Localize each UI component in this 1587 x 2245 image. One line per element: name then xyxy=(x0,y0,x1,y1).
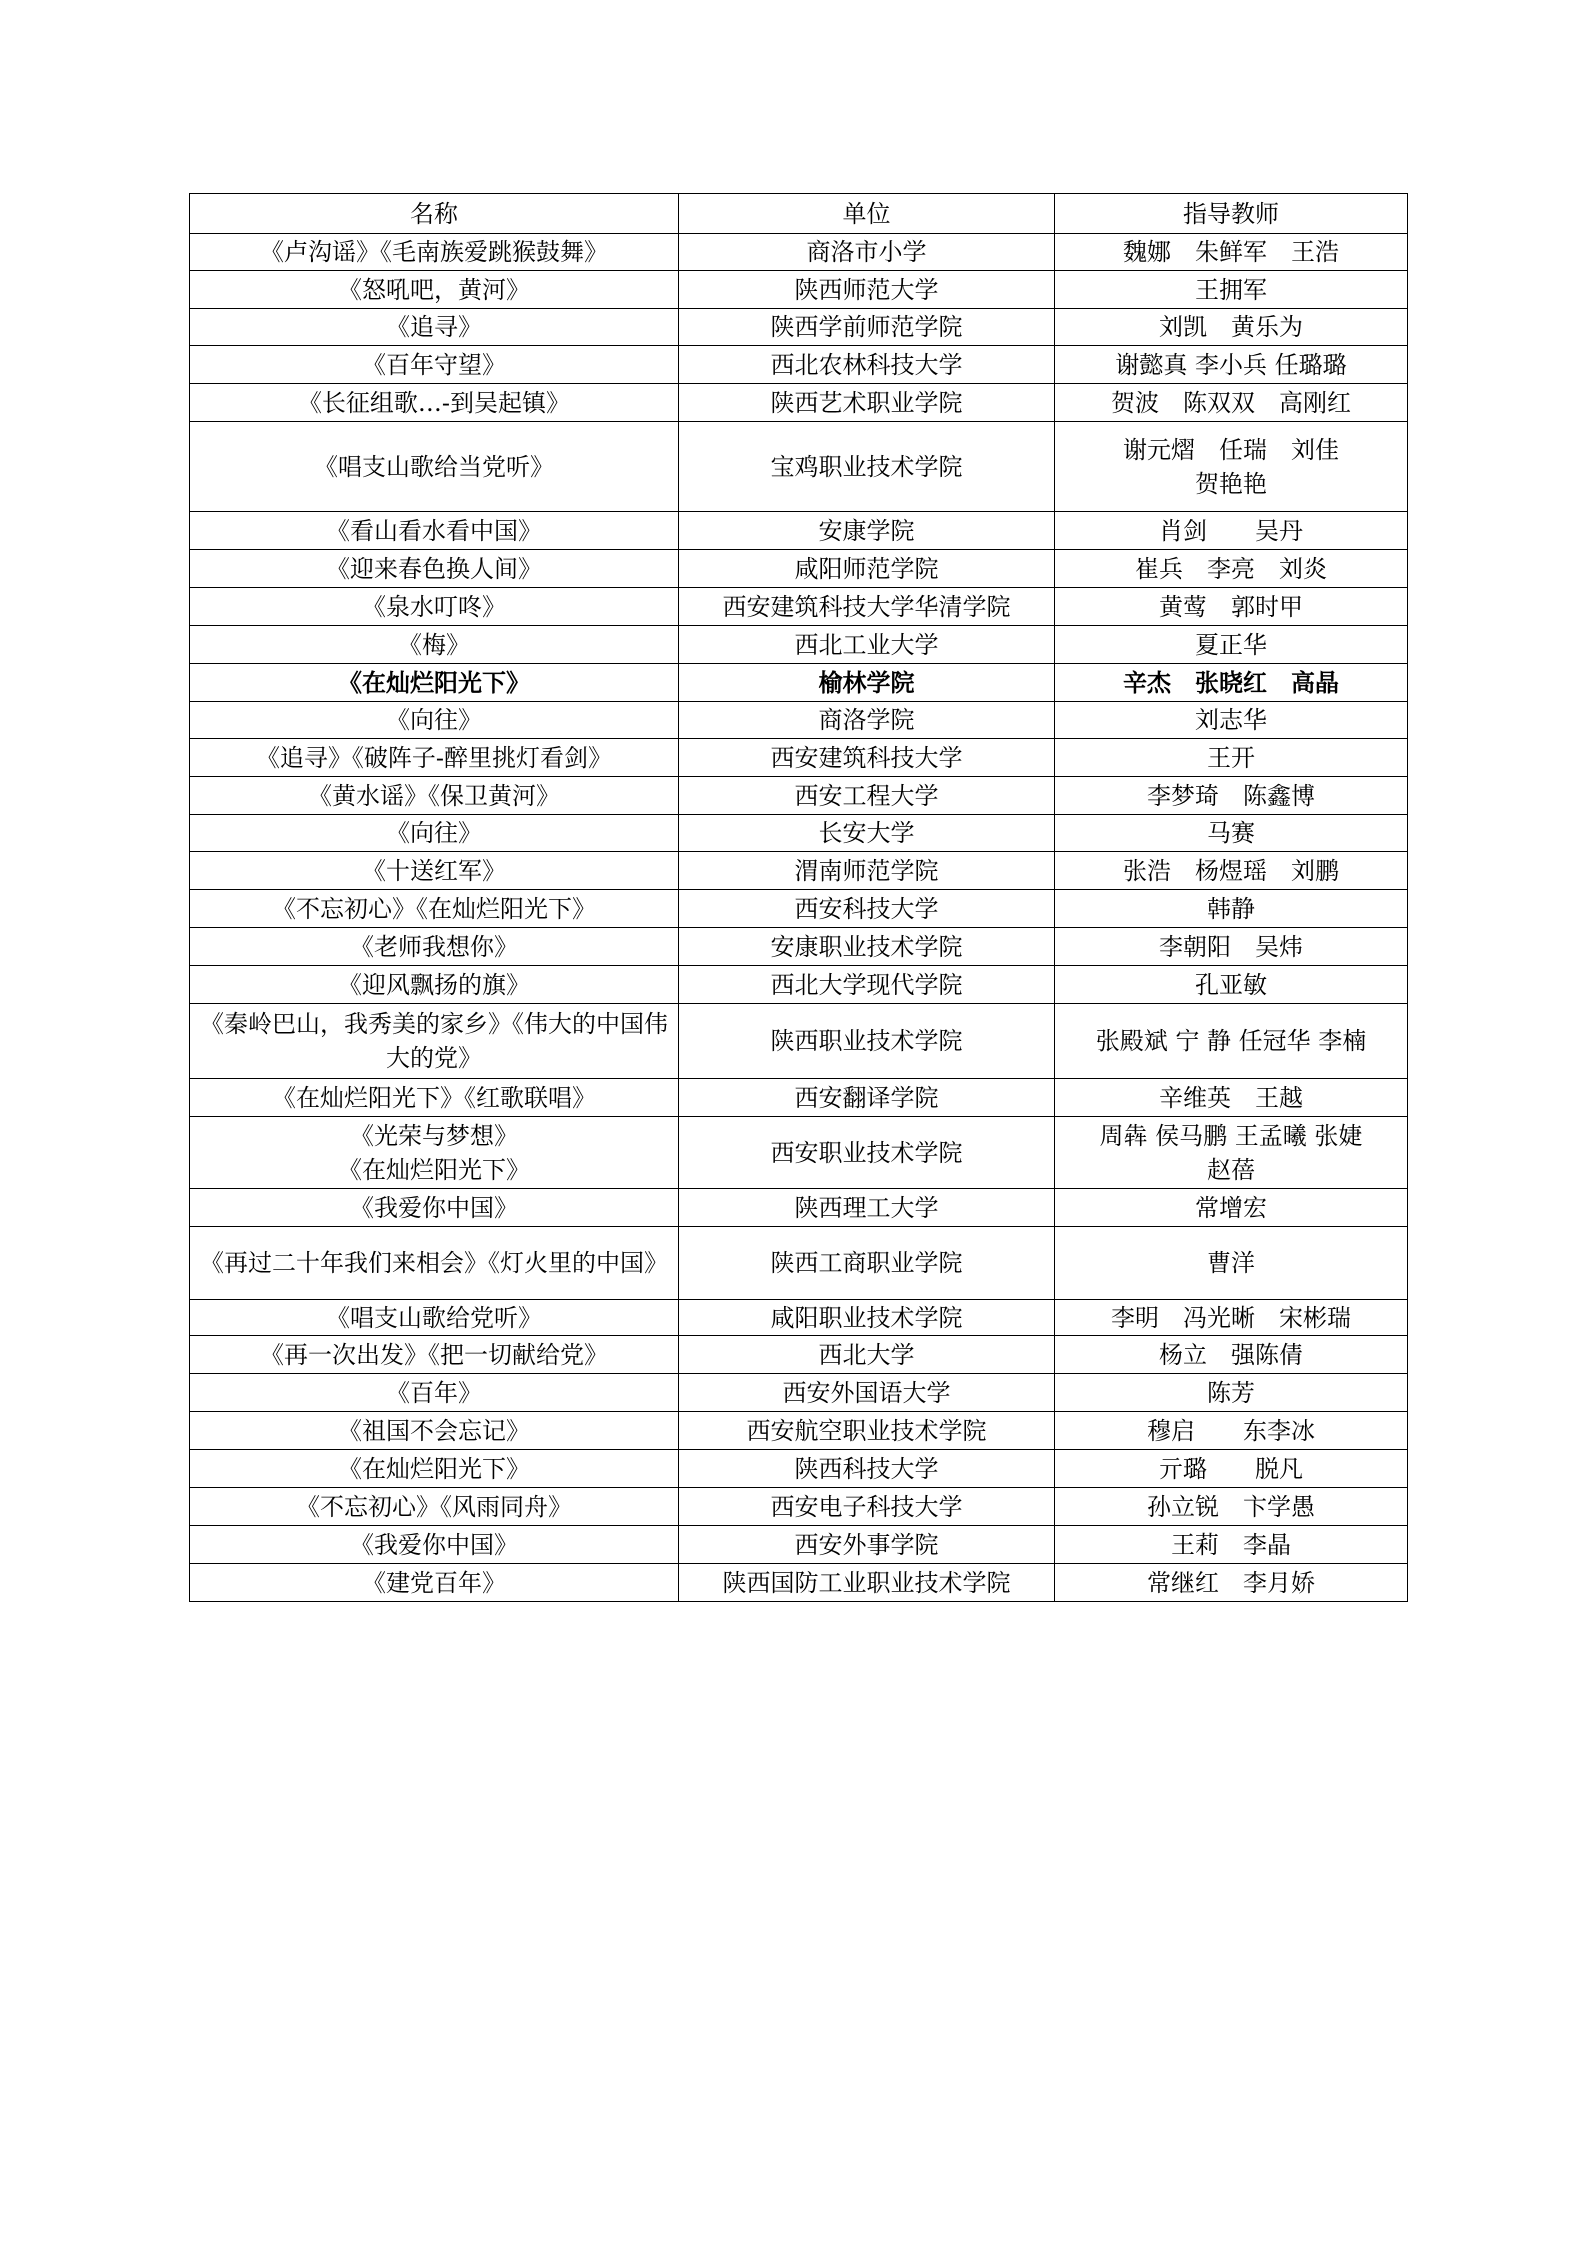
table-row: 《看山看水看中国》安康学院肖剑 吴丹 xyxy=(190,512,1408,550)
cell-teachers: 贺波 陈双双 高刚红 xyxy=(1055,384,1408,422)
cell-teachers: 陈芳 xyxy=(1055,1374,1408,1412)
cell-name: 《在灿烂阳光下》《红歌联唱》 xyxy=(190,1079,679,1117)
cell-name: 《建党百年》 xyxy=(190,1564,679,1602)
cell-unit: 西安科技大学 xyxy=(679,890,1055,928)
table-header-row: 名称 单位 指导教师 xyxy=(190,194,1408,234)
cell-unit: 商洛市小学 xyxy=(679,234,1055,271)
cell-unit: 西安电子科技大学 xyxy=(679,1488,1055,1526)
table-row: 《十送红军》渭南师范学院张浩 杨煜瑶 刘鹏 xyxy=(190,852,1408,890)
table-row: 《向往》长安大学马赛 xyxy=(190,815,1408,852)
table-row: 《在灿烂阳光下》榆林学院辛杰 张晓红 高晶 xyxy=(190,664,1408,702)
table-row: 《唱支山歌给党听》咸阳职业技术学院李明 冯光晰 宋彬瑞 xyxy=(190,1300,1408,1336)
cell-teachers: 肖剑 吴丹 xyxy=(1055,512,1408,550)
cell-teachers: 辛杰 张晓红 高晶 xyxy=(1055,664,1408,702)
table-row: 《在灿烂阳光下》陕西科技大学亓璐 脱凡 xyxy=(190,1450,1408,1488)
cell-teachers: 李梦琦 陈鑫博 xyxy=(1055,777,1408,815)
table-row: 《向往》商洛学院刘志华 xyxy=(190,702,1408,739)
cell-name: 《追寻》《破阵子-醉里挑灯看剑》 xyxy=(190,739,679,777)
table-row: 《光荣与梦想》 《在灿烂阳光下》西安职业技术学院周犇 侯马鹏 王孟曦 张婕 赵蓓 xyxy=(190,1117,1408,1189)
cell-name: 《看山看水看中国》 xyxy=(190,512,679,550)
cell-teachers: 李明 冯光晰 宋彬瑞 xyxy=(1055,1300,1408,1336)
cell-name: 《百年守望》 xyxy=(190,346,679,384)
cell-name: 《我爱你中国》 xyxy=(190,1526,679,1564)
table-row: 《泉水叮咚》西安建筑科技大学华清学院黄莺 郭时甲 xyxy=(190,588,1408,626)
cell-unit: 西北大学 xyxy=(679,1336,1055,1374)
cell-name: 《泉水叮咚》 xyxy=(190,588,679,626)
cell-teachers: 韩静 xyxy=(1055,890,1408,928)
cell-teachers: 夏正华 xyxy=(1055,626,1408,664)
cell-name: 《不忘初心》《风雨同舟》 xyxy=(190,1488,679,1526)
cell-name: 《向往》 xyxy=(190,702,679,739)
table-row: 《不忘初心》《风雨同舟》西安电子科技大学孙立锐 卞学愚 xyxy=(190,1488,1408,1526)
cell-name: 《黄水谣》《保卫黄河》 xyxy=(190,777,679,815)
cell-unit: 陕西师范大学 xyxy=(679,271,1055,309)
cell-name: 《长征组歌…-到吴起镇》 xyxy=(190,384,679,422)
table-row: 《秦岭巴山，我秀美的家乡》《伟大的中国伟大的党》陕西职业技术学院张殿斌 宁 静 … xyxy=(190,1004,1408,1079)
cell-name: 《光荣与梦想》 《在灿烂阳光下》 xyxy=(190,1117,679,1189)
cell-unit: 西北农林科技大学 xyxy=(679,346,1055,384)
cell-unit: 西安外国语大学 xyxy=(679,1374,1055,1412)
cell-teachers: 王莉 李晶 xyxy=(1055,1526,1408,1564)
cell-unit: 宝鸡职业技术学院 xyxy=(679,422,1055,512)
cell-teachers: 李朝阳 吴炜 xyxy=(1055,928,1408,966)
cell-teachers: 黄莺 郭时甲 xyxy=(1055,588,1408,626)
cell-unit: 西安工程大学 xyxy=(679,777,1055,815)
cell-unit: 陕西职业技术学院 xyxy=(679,1004,1055,1079)
table-row: 《再过二十年我们来相会》《灯火里的中国》陕西工商职业学院曹洋 xyxy=(190,1227,1408,1300)
cell-unit: 西安职业技术学院 xyxy=(679,1117,1055,1189)
table-row: 《百年》西安外国语大学陈芳 xyxy=(190,1374,1408,1412)
cell-teachers: 常继红 李月娇 xyxy=(1055,1564,1408,1602)
table-row: 《再一次出发》《把一切献给党》西北大学杨立 强陈倩 xyxy=(190,1336,1408,1374)
cell-unit: 西安航空职业技术学院 xyxy=(679,1412,1055,1450)
cell-name: 《再一次出发》《把一切献给党》 xyxy=(190,1336,679,1374)
cell-unit: 陕西艺术职业学院 xyxy=(679,384,1055,422)
cell-name: 《唱支山歌给当党听》 xyxy=(190,422,679,512)
table-row: 《追寻》《破阵子-醉里挑灯看剑》西安建筑科技大学王开 xyxy=(190,739,1408,777)
cell-teachers: 辛维英 王越 xyxy=(1055,1079,1408,1117)
cell-teachers: 魏娜 朱鲜军 王浩 xyxy=(1055,234,1408,271)
cell-unit: 长安大学 xyxy=(679,815,1055,852)
header-name: 名称 xyxy=(190,194,679,234)
cell-teachers: 孔亚敏 xyxy=(1055,966,1408,1004)
cell-teachers: 谢元熠 任瑞 刘佳 贺艳艳 xyxy=(1055,422,1408,512)
header-unit: 单位 xyxy=(679,194,1055,234)
cell-unit: 榆林学院 xyxy=(679,664,1055,702)
cell-name: 《我爱你中国》 xyxy=(190,1189,679,1227)
table-row: 《追寻》陕西学前师范学院刘凯 黄乐为 xyxy=(190,309,1408,346)
header-teachers: 指导教师 xyxy=(1055,194,1408,234)
cell-name: 《唱支山歌给党听》 xyxy=(190,1300,679,1336)
table-row: 《老师我想你》安康职业技术学院李朝阳 吴炜 xyxy=(190,928,1408,966)
document-page: 名称 单位 指导教师 《卢沟谣》《毛南族爱跳猴鼓舞》商洛市小学魏娜 朱鲜军 王浩… xyxy=(0,0,1587,2245)
table-row: 《黄水谣》《保卫黄河》西安工程大学李梦琦 陈鑫博 xyxy=(190,777,1408,815)
cell-unit: 安康学院 xyxy=(679,512,1055,550)
cell-name: 《怒吼吧，黄河》 xyxy=(190,271,679,309)
cell-teachers: 刘凯 黄乐为 xyxy=(1055,309,1408,346)
cell-name: 《向往》 xyxy=(190,815,679,852)
table-row: 《怒吼吧，黄河》陕西师范大学王拥军 xyxy=(190,271,1408,309)
table-row: 《迎风飘扬的旗》西北大学现代学院孔亚敏 xyxy=(190,966,1408,1004)
cell-name: 《追寻》 xyxy=(190,309,679,346)
table-row: 《唱支山歌给当党听》宝鸡职业技术学院谢元熠 任瑞 刘佳 贺艳艳 xyxy=(190,422,1408,512)
cell-name: 《迎风飘扬的旗》 xyxy=(190,966,679,1004)
cell-name: 《迎来春色换人间》 xyxy=(190,550,679,588)
cell-unit: 西北工业大学 xyxy=(679,626,1055,664)
cell-teachers: 穆启 东李冰 xyxy=(1055,1412,1408,1450)
cell-name: 《老师我想你》 xyxy=(190,928,679,966)
cell-teachers: 马赛 xyxy=(1055,815,1408,852)
awards-table: 名称 单位 指导教师 《卢沟谣》《毛南族爱跳猴鼓舞》商洛市小学魏娜 朱鲜军 王浩… xyxy=(189,193,1408,1602)
cell-name: 《百年》 xyxy=(190,1374,679,1412)
cell-name: 《在灿烂阳光下》 xyxy=(190,664,679,702)
cell-unit: 陕西科技大学 xyxy=(679,1450,1055,1488)
cell-teachers: 张浩 杨煜瑶 刘鹏 xyxy=(1055,852,1408,890)
cell-unit: 咸阳职业技术学院 xyxy=(679,1300,1055,1336)
table-row: 《我爱你中国》陕西理工大学常增宏 xyxy=(190,1189,1408,1227)
cell-teachers: 周犇 侯马鹏 王孟曦 张婕 赵蓓 xyxy=(1055,1117,1408,1189)
cell-name: 《卢沟谣》《毛南族爱跳猴鼓舞》 xyxy=(190,234,679,271)
cell-teachers: 亓璐 脱凡 xyxy=(1055,1450,1408,1488)
table-body: 《卢沟谣》《毛南族爱跳猴鼓舞》商洛市小学魏娜 朱鲜军 王浩《怒吼吧，黄河》陕西师… xyxy=(190,234,1408,1602)
cell-name: 《梅》 xyxy=(190,626,679,664)
cell-unit: 西北大学现代学院 xyxy=(679,966,1055,1004)
cell-name: 《再过二十年我们来相会》《灯火里的中国》 xyxy=(190,1227,679,1300)
table-row: 《建党百年》陕西国防工业职业技术学院常继红 李月娇 xyxy=(190,1564,1408,1602)
cell-unit: 西安建筑科技大学华清学院 xyxy=(679,588,1055,626)
cell-unit: 陕西理工大学 xyxy=(679,1189,1055,1227)
cell-unit: 西安外事学院 xyxy=(679,1526,1055,1564)
table-row: 《百年守望》西北农林科技大学谢懿真 李小兵 任璐璐 xyxy=(190,346,1408,384)
table-row: 《长征组歌…-到吴起镇》陕西艺术职业学院贺波 陈双双 高刚红 xyxy=(190,384,1408,422)
cell-name: 《不忘初心》《在灿烂阳光下》 xyxy=(190,890,679,928)
cell-unit: 安康职业技术学院 xyxy=(679,928,1055,966)
cell-teachers: 曹洋 xyxy=(1055,1227,1408,1300)
cell-unit: 西安建筑科技大学 xyxy=(679,739,1055,777)
cell-teachers: 张殿斌 宁 静 任冠华 李楠 xyxy=(1055,1004,1408,1079)
table-row: 《在灿烂阳光下》《红歌联唱》西安翻译学院辛维英 王越 xyxy=(190,1079,1408,1117)
cell-teachers: 崔兵 李亮 刘炎 xyxy=(1055,550,1408,588)
cell-unit: 陕西国防工业职业技术学院 xyxy=(679,1564,1055,1602)
cell-name: 《十送红军》 xyxy=(190,852,679,890)
cell-name: 《在灿烂阳光下》 xyxy=(190,1450,679,1488)
table-row: 《不忘初心》《在灿烂阳光下》西安科技大学韩静 xyxy=(190,890,1408,928)
table-row: 《卢沟谣》《毛南族爱跳猴鼓舞》商洛市小学魏娜 朱鲜军 王浩 xyxy=(190,234,1408,271)
cell-unit: 商洛学院 xyxy=(679,702,1055,739)
cell-unit: 陕西学前师范学院 xyxy=(679,309,1055,346)
table-row: 《迎来春色换人间》咸阳师范学院崔兵 李亮 刘炎 xyxy=(190,550,1408,588)
cell-teachers: 常增宏 xyxy=(1055,1189,1408,1227)
cell-teachers: 王拥军 xyxy=(1055,271,1408,309)
cell-teachers: 杨立 强陈倩 xyxy=(1055,1336,1408,1374)
cell-unit: 西安翻译学院 xyxy=(679,1079,1055,1117)
cell-teachers: 王开 xyxy=(1055,739,1408,777)
cell-teachers: 孙立锐 卞学愚 xyxy=(1055,1488,1408,1526)
table-row: 《我爱你中国》西安外事学院王莉 李晶 xyxy=(190,1526,1408,1564)
table-row: 《祖国不会忘记》西安航空职业技术学院穆启 东李冰 xyxy=(190,1412,1408,1450)
cell-unit: 咸阳师范学院 xyxy=(679,550,1055,588)
cell-unit: 渭南师范学院 xyxy=(679,852,1055,890)
cell-name: 《秦岭巴山，我秀美的家乡》《伟大的中国伟大的党》 xyxy=(190,1004,679,1079)
cell-teachers: 刘志华 xyxy=(1055,702,1408,739)
cell-name: 《祖国不会忘记》 xyxy=(190,1412,679,1450)
cell-teachers: 谢懿真 李小兵 任璐璐 xyxy=(1055,346,1408,384)
cell-unit: 陕西工商职业学院 xyxy=(679,1227,1055,1300)
table-row: 《梅》西北工业大学夏正华 xyxy=(190,626,1408,664)
